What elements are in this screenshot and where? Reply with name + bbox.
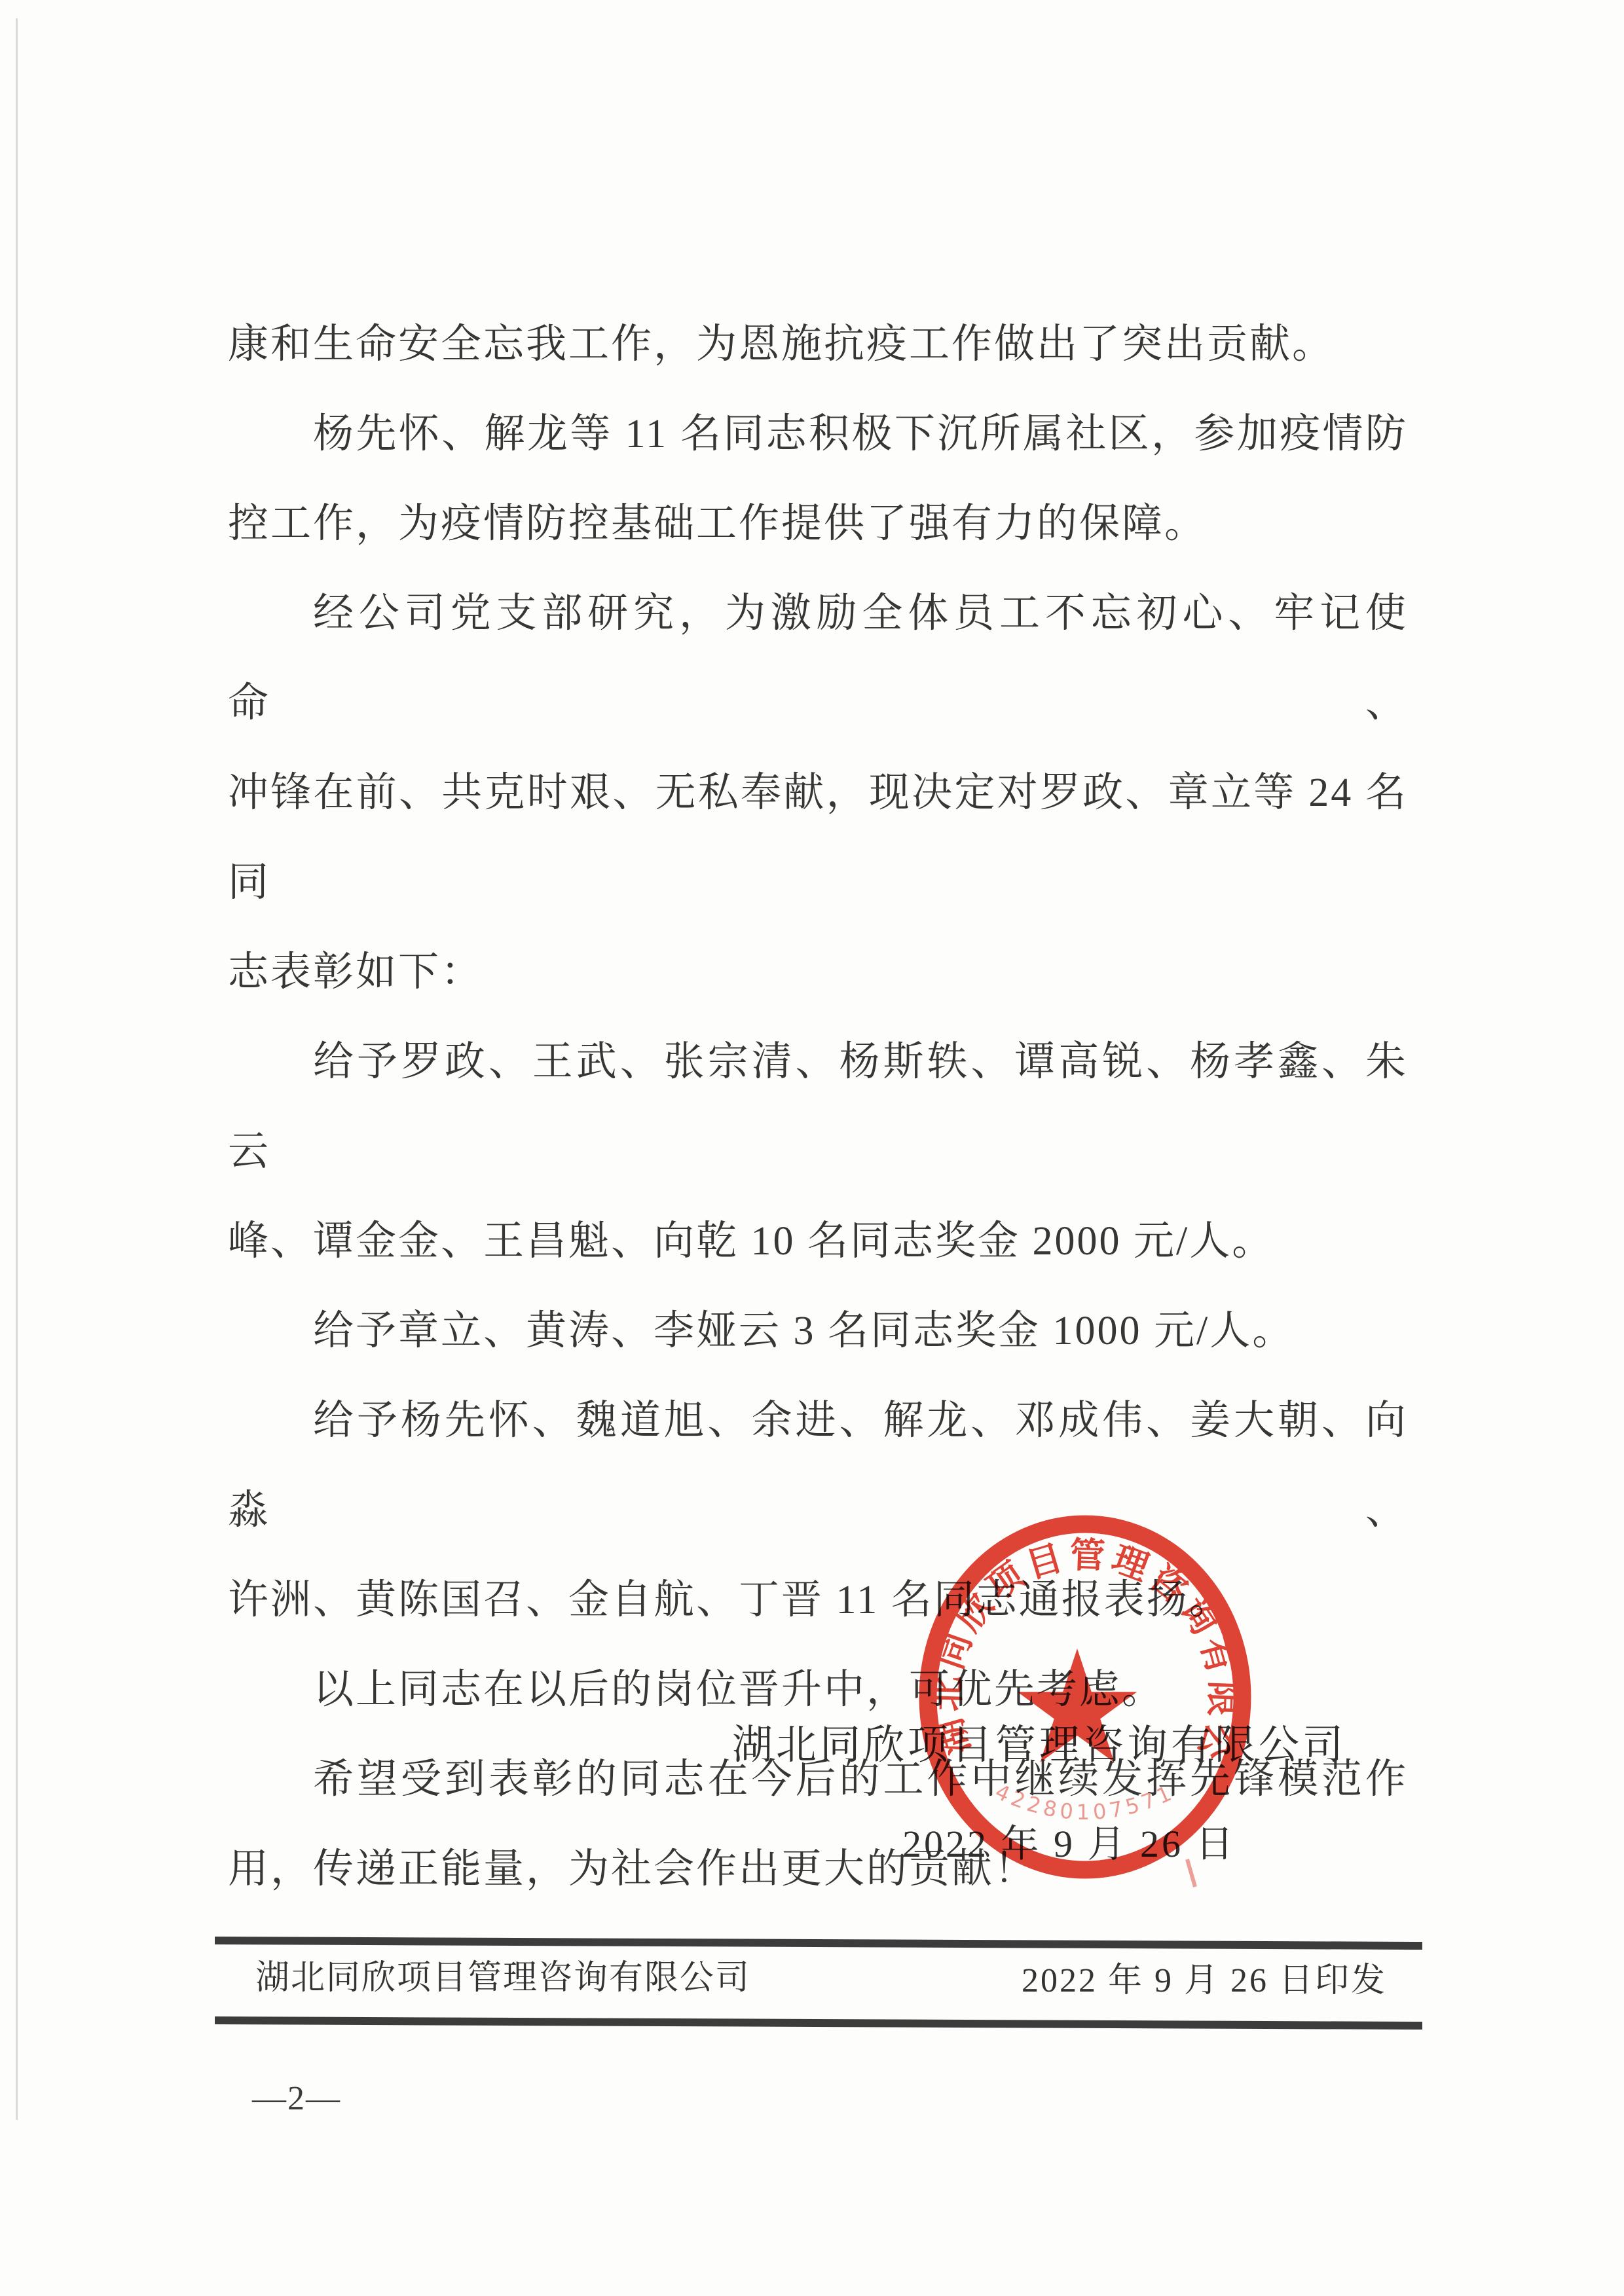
- footer-bottom-rule: [215, 2016, 1422, 2030]
- body-line: 控工作，为疫情防控基础工作提供了强有力的保障。: [228, 479, 1408, 569]
- body-line: 杨先怀、解龙等 11 名同志积极下沉所属社区，参加疫情防: [228, 390, 1408, 479]
- scan-edge-artifact: [16, 18, 18, 2120]
- seal-ink-smear: [1187, 1859, 1195, 1887]
- svg-text:42280107571: 42280107571: [991, 1779, 1179, 1825]
- body-line: 志表彰如下：: [228, 928, 1408, 1017]
- footer-top-rule: [215, 1937, 1422, 1950]
- scanned-document-page: 康和生命安全忘我工作，为恩施抗疫工作做出了突出贡献。 杨先怀、解龙等 11 名同…: [0, 0, 1624, 2296]
- body-line: 康和生命安全忘我工作，为恩施抗疫工作做出了突出贡献。: [228, 300, 1408, 390]
- footer-issue-date: 2022 年 9 月 26 日印发: [1022, 1960, 1387, 2002]
- page-number: —2—: [252, 2079, 341, 2118]
- body-line: 冲锋在前、共克时艰、无私奉献，现决定对罗政、章立等 24 名同: [228, 748, 1408, 928]
- company-seal-stamp: 湖北同欣项目管理咨询有限公司 42280107571: [907, 1506, 1264, 1889]
- body-line: 给予章立、黄涛、李娅云 3 名同志奖金 1000 元/人。: [228, 1286, 1408, 1376]
- seal-star-icon: [1018, 1649, 1137, 1762]
- seal-serial-number: 42280107571: [991, 1779, 1179, 1825]
- footer-company-name: 湖北同欣项目管理咨询有限公司: [255, 1958, 750, 1999]
- body-line: 给予罗政、王武、张宗清、杨斯轶、谭高锐、杨孝鑫、朱云: [228, 1017, 1408, 1197]
- body-line: 经公司党支部研究，为激励全体员工不忘初心、牢记使命、: [228, 569, 1408, 748]
- body-line: 峰、谭金金、王昌魁、向乾 10 名同志奖金 2000 元/人。: [228, 1197, 1408, 1286]
